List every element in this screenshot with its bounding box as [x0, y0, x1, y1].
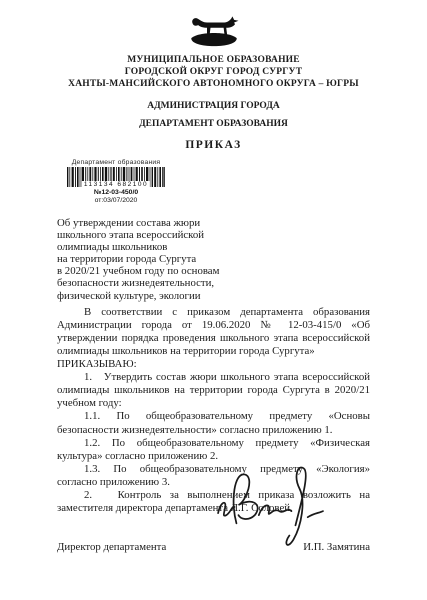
order-paragraph-item-1-1: 1.1. По общеобразовательному предмету «О…	[57, 410, 370, 436]
doc-type-title: ПРИКАЗ	[57, 139, 370, 151]
order-paragraph-item-1-2: 1.2. По общеобразовательному предмету «Ф…	[57, 437, 370, 463]
order-paragraph-item-1-3: 1.3. По общеобразовательному предмету «Э…	[57, 463, 370, 489]
fox-on-mound-icon	[186, 12, 242, 47]
subject-line: школьного этапа всероссийской	[57, 229, 370, 241]
org-name-line-1: МУНИЦИПАЛЬНОЕ ОБРАЗОВАНИЕ	[57, 54, 370, 66]
barcode-digits: 113134 682100	[82, 181, 150, 188]
order-paragraph-item-2: 2. Контроль за выполнением приказа возло…	[57, 489, 370, 515]
stamp-date: от:03/07/2020	[65, 197, 167, 204]
signer-name: И.П. Замятина	[303, 541, 370, 553]
registration-stamp: Департамент образования	[65, 159, 167, 204]
subject-line: безопасности жизнедеятельности,	[57, 277, 370, 289]
order-body: В соответствии с приказом департамента о…	[57, 306, 370, 516]
subject-line: в 2020/21 учебном году по основам	[57, 265, 370, 277]
order-paragraph-item-1: 1. Утвердить состав жюри школьного этапа…	[57, 371, 370, 410]
subject-line: Об утверждении состава жюри	[57, 217, 370, 229]
subject-line: физической культуре, экологии	[57, 290, 370, 302]
stamp-department-label: Департамент образования	[65, 159, 167, 166]
document-page: МУНИЦИПАЛЬНОЕ ОБРАЗОВАНИЕ ГОРОДСКОЙ ОКРУ…	[0, 0, 427, 600]
subject-line: олимпиады школьников	[57, 241, 370, 253]
barcode: 113134 682100	[65, 167, 167, 187]
org-name-line-2: ГОРОДСКОЙ ОКРУГ ГОРОД СУРГУТ	[57, 66, 370, 78]
org-name-line-3: ХАНТЫ-МАНСИЙСКОГО АВТОНОМНОГО ОКРУГА – Ю…	[57, 78, 370, 90]
stamp-number: №12-03-450/0	[65, 189, 167, 196]
city-emblem-logo	[57, 12, 370, 52]
subject-block: Об утверждении состава жюри школьного эт…	[57, 217, 370, 302]
signature-row: Директор департамента И.П. Замятина	[57, 541, 370, 553]
administration-title: АДМИНИСТРАЦИЯ ГОРОДА	[57, 101, 370, 111]
subject-line: на территории города Сургута	[57, 253, 370, 265]
department-title: ДЕПАРТАМЕНТ ОБРАЗОВАНИЯ	[57, 119, 370, 129]
order-paragraph-prikazyvayu: ПРИКАЗЫВАЮ:	[57, 358, 370, 371]
signer-position: Директор департамента	[57, 541, 166, 553]
order-paragraph-preamble: В соответствии с приказом департамента о…	[57, 306, 370, 358]
